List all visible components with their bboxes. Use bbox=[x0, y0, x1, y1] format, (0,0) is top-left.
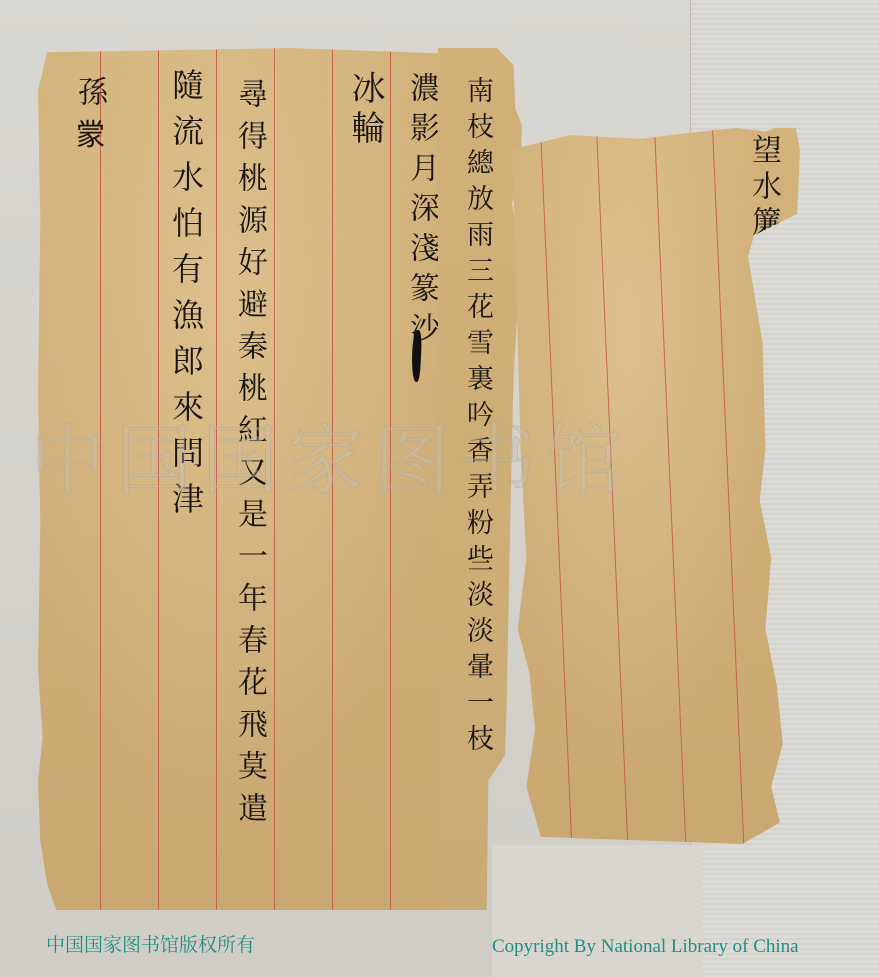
copyright-chinese: 中国国家图书馆版权所有 bbox=[46, 930, 255, 957]
manuscript-left-sheet: 濃影月深淺篆沙 冰輪 尋得桃源好避秦桃紅又是一年春花飛莫遣 隨流水怕有漁郎來問津… bbox=[38, 48, 498, 910]
text-column-1: 南枝總放雨三花雪裏吟香弄粉些淡淡暈一枝 bbox=[464, 76, 491, 760]
red-rule-line bbox=[274, 48, 275, 910]
red-rule-line bbox=[100, 48, 101, 910]
red-rule-line bbox=[332, 48, 333, 910]
red-rule-line bbox=[540, 128, 572, 843]
red-rule-line bbox=[158, 48, 159, 910]
text-column-5: 隨流水怕有漁郎來問津 bbox=[170, 68, 202, 528]
red-rule-line bbox=[654, 128, 686, 843]
text-column-3: 冰輪 bbox=[348, 70, 382, 150]
text-column-4: 尋得桃源好避秦桃紅又是一年春花飛莫遣 bbox=[234, 78, 264, 834]
copyright-english: Copyright By National Library of China bbox=[492, 936, 799, 958]
text-column-2: 濃影月深淺篆沙 bbox=[406, 72, 436, 352]
signature-column: 孫𫎇 bbox=[74, 76, 104, 164]
red-rule-line bbox=[712, 128, 744, 843]
red-rule-line bbox=[596, 128, 628, 843]
red-rule-line bbox=[216, 48, 217, 910]
red-rule-line bbox=[390, 48, 391, 910]
